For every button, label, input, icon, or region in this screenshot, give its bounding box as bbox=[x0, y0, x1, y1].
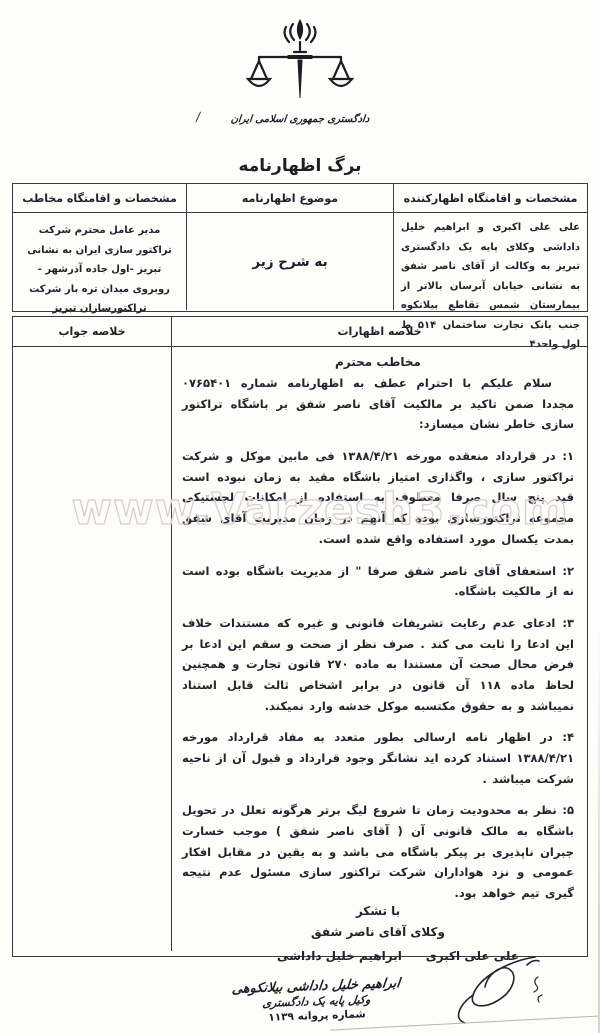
subject-header: موضوع اظهارنامه bbox=[186, 184, 394, 212]
salutation: مخاطب محترم bbox=[182, 355, 574, 369]
statements-content-row: مخاطب محترم سلام علیکم با احترام عطف به … bbox=[13, 347, 587, 951]
emblem-caption: دادگستری جمهوری اسلامی ایران bbox=[0, 114, 600, 125]
declaration-form-page: دادگستری جمهوری اسلامی ایران / برگ اظهار… bbox=[0, 0, 600, 1033]
declarant-header: مشخصات و اقامتگاه اظهارکننده bbox=[394, 184, 587, 212]
statements-table: خلاصه اظهارات خلاصه جواب مخاطب محترم سلا… bbox=[12, 316, 588, 957]
recipient-cell: مدیر عامل محترم شرکت تراکتور سازی ایران … bbox=[13, 213, 186, 310]
reply-cell bbox=[13, 347, 171, 951]
parties-content-row: علی علی اکبری و ابراهیم خلیل داداشی وکلا… bbox=[13, 213, 587, 310]
statements-header-row: خلاصه اظهارات خلاصه جواب bbox=[13, 317, 587, 347]
parties-header-row: مشخصات و اقامتگاه اظهارکننده موضوع اظهار… bbox=[13, 184, 587, 213]
subject-text: به شرح زیر bbox=[187, 213, 393, 310]
declarant-cell: علی علی اکبری و ابراهیم خلیل داداشی وکلا… bbox=[394, 213, 587, 310]
statements-header: خلاصه اظهارات bbox=[171, 317, 587, 346]
closing-role: وکلای آقای ناصر شفق bbox=[182, 925, 574, 939]
statements-body: مخاطب محترم سلام علیکم با احترام عطف به … bbox=[172, 347, 587, 951]
recipient-text: مدیر عامل محترم شرکت تراکتور سازی ایران … bbox=[13, 213, 186, 324]
statement-item-5: ۵: نظر به محدودیت زمان تا شروع لیگ برتر … bbox=[182, 800, 574, 903]
subject-cell: به شرح زیر bbox=[186, 213, 394, 310]
reply-header: خلاصه جواب bbox=[13, 317, 171, 346]
recipient-header: مشخصات و اقامتگاه مخاطب bbox=[13, 184, 186, 212]
lawyer-stamp: ابراهیم خلیل داداشی بیلانکوهی وکیل پایه … bbox=[208, 975, 424, 1025]
header: دادگستری جمهوری اسلامی ایران bbox=[0, 16, 600, 125]
statement-item-4: ۴: در اظهار نامه ارسالی بطور متعدد به مف… bbox=[182, 727, 574, 789]
parties-table: مشخصات و اقامتگاه اظهارکننده موضوع اظهار… bbox=[12, 183, 588, 312]
closing-thanks: با تشکر bbox=[182, 904, 574, 918]
statements-cell: مخاطب محترم سلام علیکم با احترام عطف به … bbox=[171, 347, 587, 951]
statement-item-2: ۲: استعفای آقای ناصر شفق صرفا " از مدیری… bbox=[182, 561, 574, 602]
intro-paragraph: سلام علیکم با احترام عطف به اظهارنامه شم… bbox=[182, 373, 574, 435]
page-title: برگ اظهارنامه bbox=[0, 156, 600, 176]
statement-item-3: ۳: ادعای عدم رعایت تشریفات قانونی و غیره… bbox=[182, 613, 574, 716]
statement-item-1: ۱: در قرارداد منعقده مورخه ۱۳۸۸/۴/۲۱ فی … bbox=[182, 446, 574, 549]
scales-of-justice-icon bbox=[239, 16, 361, 108]
signer-name-left: ابراهیم خلیل داداشی bbox=[277, 949, 402, 963]
